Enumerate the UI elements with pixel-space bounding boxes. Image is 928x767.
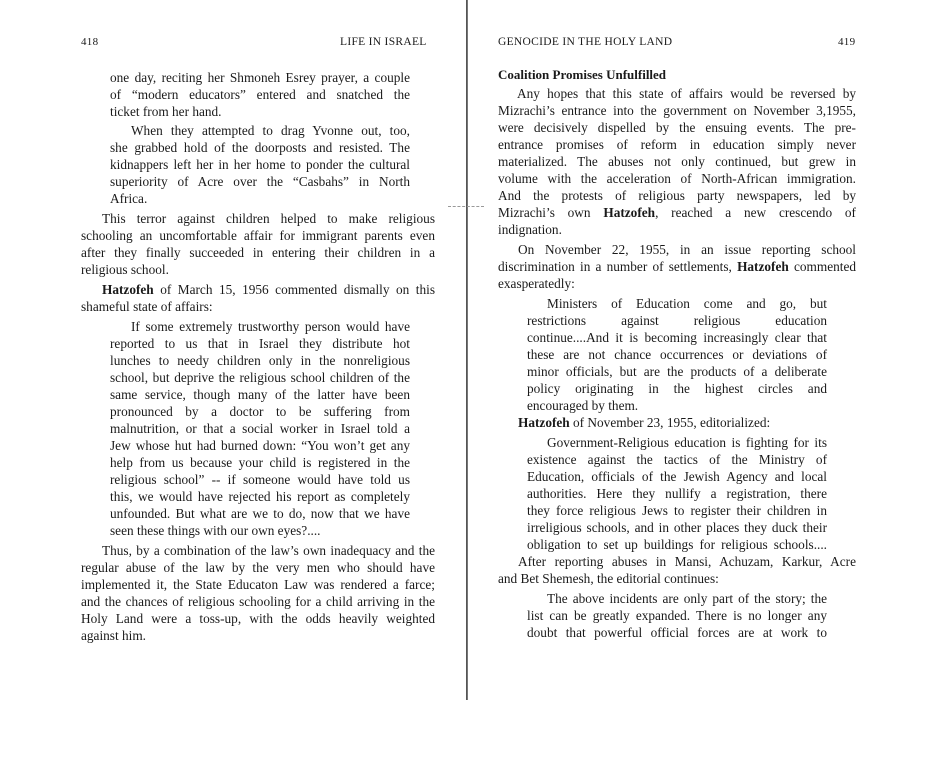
text-line: discrimination in a number of settlement… (498, 258, 856, 275)
section-heading: Coalition Promises Unfulfilled (498, 66, 666, 83)
newspaper-name: Hatzofeh (737, 259, 789, 274)
text-line: Mizrachi’s own Hatzofeh, reached a new c… (498, 204, 856, 221)
text-line: exasperatedly: (498, 275, 856, 292)
text-line: On November 22, 1955, in an issue report… (518, 241, 856, 258)
text-line: continue....And it is becoming increasin… (527, 329, 827, 346)
text-line: After reporting abuses in Mansi, Achuzam… (518, 553, 856, 570)
text-line: entrance promises of reform in education… (498, 136, 856, 153)
text-line: Ministers of Education come and go, but (547, 295, 827, 312)
newspaper-name: Hatzofeh (603, 205, 655, 220)
right-page: GENOCIDE IN THE HOLY LAND 419 Coalition … (0, 0, 928, 767)
text-line: doubt that powerful official forces are … (527, 624, 827, 641)
text-line: list can be greatly expanded. There is n… (527, 607, 827, 624)
page-number: 419 (838, 36, 855, 48)
text-line: Hatzofeh of November 23, 1955, editorial… (518, 414, 856, 431)
text-line: irreligious schools, and in other places… (527, 519, 827, 536)
text-line: Government-Religious education is fighti… (547, 434, 827, 451)
text-line: were decisively dispelled by the ensuing… (498, 119, 856, 136)
text-line: and Bet Shemesh, the editorial continues… (498, 570, 856, 587)
text-line: volume with the acceleration of North-Af… (498, 170, 856, 187)
text-line: And the protests of religious party news… (498, 187, 856, 204)
text-line: The above incidents are only part of the… (547, 590, 827, 607)
text-line: Education, officials of the Jewish Agenc… (527, 468, 827, 485)
text-line: existence against the tactics of the Min… (527, 451, 827, 468)
text-line: Mizrachi’s entrance into the government … (498, 102, 856, 119)
text-line: authorities. Here they nullify a registr… (527, 485, 827, 502)
text-line: minor officials, but are the products of… (527, 363, 827, 380)
text-line: these are not chance occurrences or devi… (527, 346, 827, 363)
newspaper-name: Hatzofeh (518, 415, 570, 430)
text-line: Any hopes that this state of affairs wou… (517, 85, 856, 102)
text-line: they force religious Jews to register th… (527, 502, 827, 519)
text-line: policy originating in the highest circle… (527, 380, 827, 397)
text-line: encouraged by them. (527, 397, 827, 414)
text-line: obligation to set up buildings for relig… (527, 536, 827, 553)
text-line: materialized. The abuses not only contin… (498, 153, 856, 170)
running-header: GENOCIDE IN THE HOLY LAND (498, 36, 672, 48)
text-line: indignation. (498, 221, 856, 238)
text-line: restrictions against religious education (527, 312, 827, 329)
